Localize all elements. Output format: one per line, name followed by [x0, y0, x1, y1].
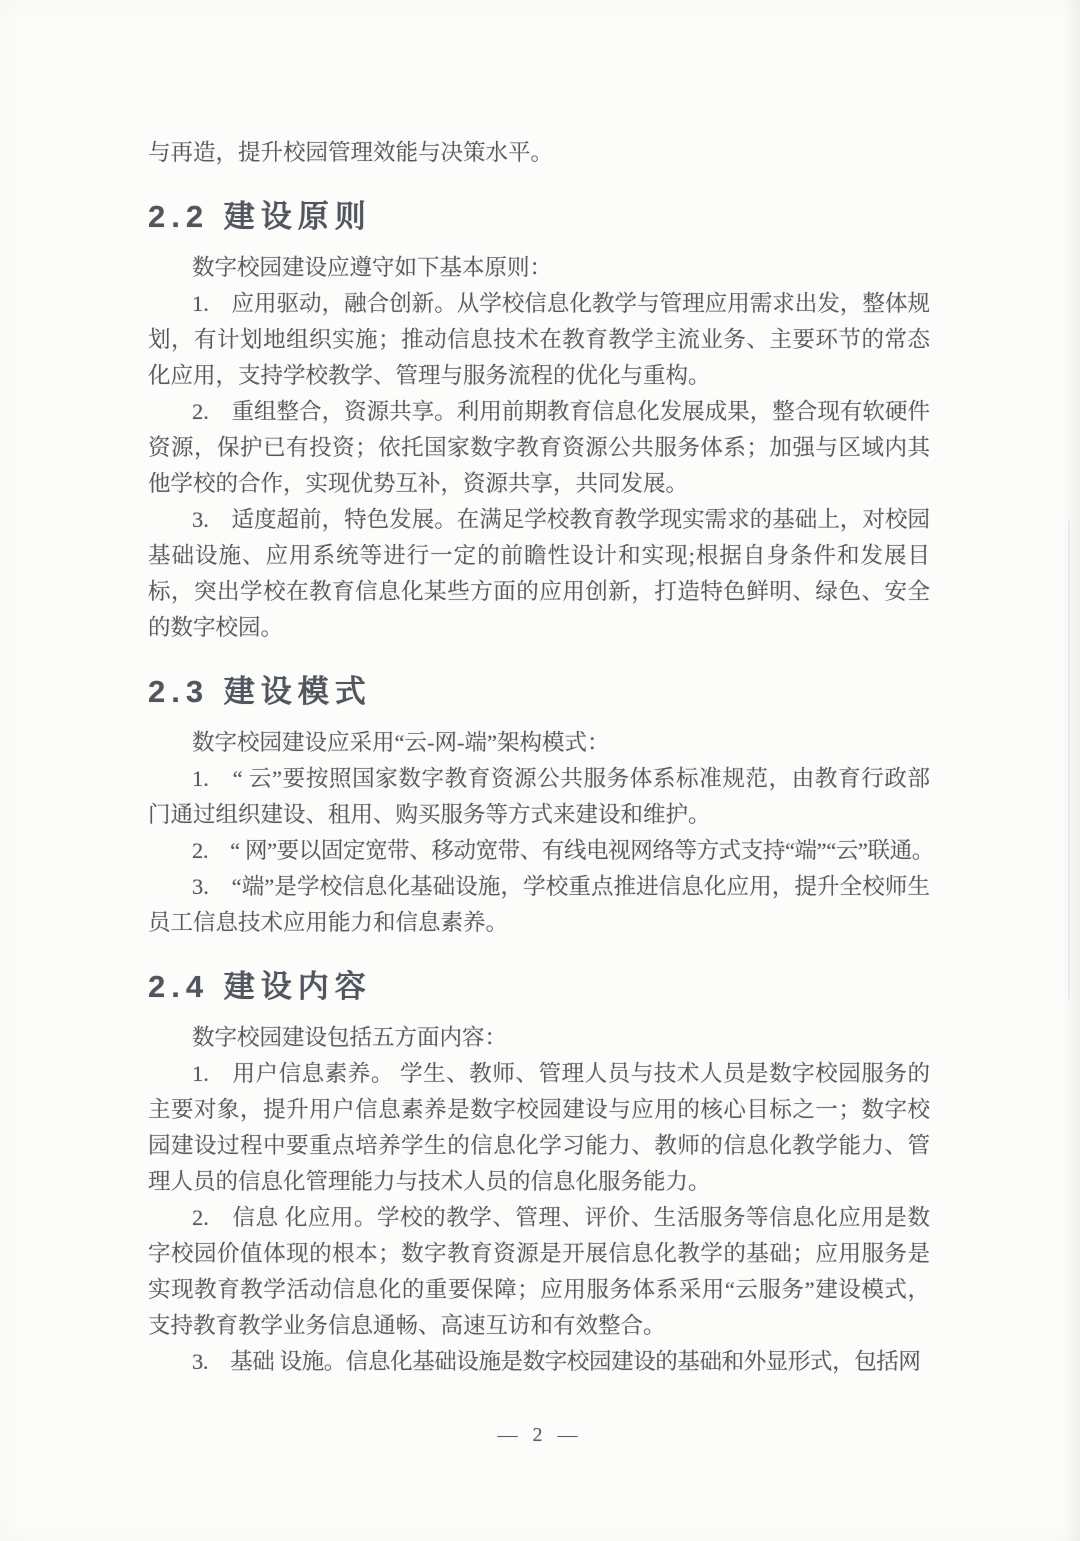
scan-edge-shadow — [1064, 0, 1080, 1541]
body-paragraph: 1. “ 云”要按照国家数字教育资源公共服务体系标准规范，由教育行政部门通过组织… — [148, 761, 930, 833]
section-heading: 2.4 建设内容 — [148, 966, 930, 1008]
document-body: 与再造，提升校园管理效能与决策水平。2.2 建设原则数字校园建设应遵守如下基本原… — [148, 135, 930, 1380]
body-paragraph: 3. “端”是学校信息化基础设施，学校重点推进信息化应用，提升全校师生员工信息技… — [148, 869, 930, 941]
body-paragraph: 2. “ 网”要以固定宽带、移动宽带、有线电视网络等方式支持“端”“云”联通。 — [148, 833, 930, 869]
document-page: 与再造，提升校园管理效能与决策水平。2.2 建设原则数字校园建设应遵守如下基本原… — [0, 0, 1080, 1541]
body-paragraph: 数字校园建设应遵守如下基本原则： — [148, 250, 930, 286]
body-paragraph: 3. 基础 设施。信息化基础设施是数字校园建设的基础和外显形式，包括网 — [148, 1344, 930, 1380]
body-paragraph: 1. 应用驱动，融合创新。从学校信息化教学与管理应用需求出发，整体规划，有计划地… — [148, 286, 930, 394]
scan-edge-artifact — [1068, 520, 1070, 1000]
body-paragraph: 2. 信息 化应用。学校的教学、管理、评价、生活服务等信息化应用是数字校园价值体… — [148, 1200, 930, 1344]
body-paragraph: 1. 用户信息素养。 学生、教师、管理人员与技术人员是数字校园服务的主要对象，提… — [148, 1056, 930, 1200]
body-paragraph: 数字校园建设包括五方面内容： — [148, 1020, 930, 1056]
body-paragraph: 与再造，提升校园管理效能与决策水平。 — [148, 135, 930, 171]
body-paragraph: 数字校园建设应采用“云-网-端”架构模式： — [148, 725, 930, 761]
page-number: — 2 — — [0, 1420, 1080, 1450]
body-paragraph: 3. 适度超前，特色发展。在满足学校教育教学现实需求的基础上，对校园基础设施、应… — [148, 502, 930, 646]
section-heading: 2.2 建设原则 — [148, 196, 930, 238]
body-paragraph: 2. 重组整合，资源共享。利用前期教育信息化发展成果，整合现有软硬件资源，保护已… — [148, 394, 930, 502]
section-heading: 2.3 建设模式 — [148, 671, 930, 713]
